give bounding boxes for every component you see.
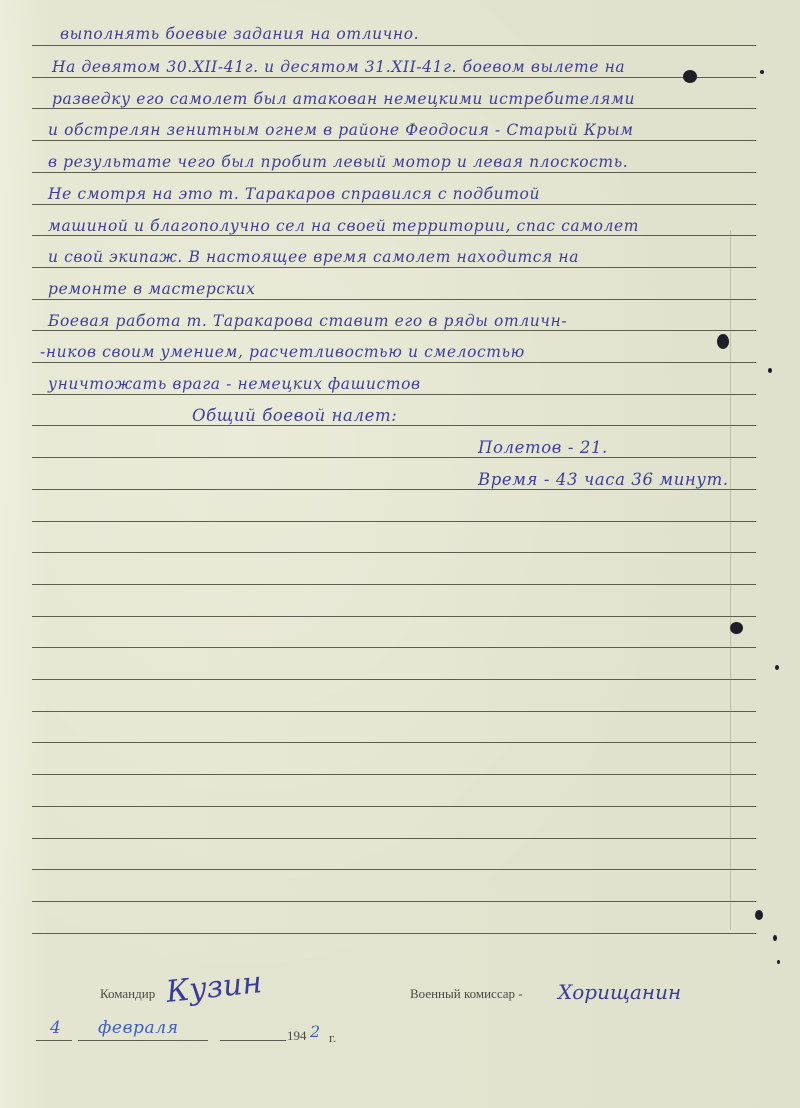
ruled-line: [32, 869, 756, 870]
date-year-line: [220, 1040, 286, 1041]
commissar-signature: Хорищанин: [558, 980, 681, 1004]
body-line: ремонте в мастерских: [48, 282, 255, 298]
body-line: разведку его самолет был атакован немецк…: [52, 92, 635, 108]
ruled-line: [32, 774, 756, 775]
date-year-digit: 2: [310, 1024, 321, 1040]
body-line: Боевая работа т. Таракарова ставит его в…: [48, 314, 567, 330]
ruled-line: [32, 172, 756, 173]
ruled-line: [32, 711, 756, 712]
ruled-line: [32, 267, 756, 268]
ruled-line: [32, 521, 756, 522]
ruled-line: [32, 552, 756, 553]
ruled-line: [32, 362, 756, 363]
body-line: и обстрелян зенитным огнем в районе Феод…: [48, 123, 634, 139]
ink-blot: [777, 960, 780, 964]
summary-time: Время - 43 часа 36 минут.: [478, 472, 729, 489]
body-line: -ников своим умением, расчетливостью и с…: [40, 345, 525, 361]
ruled-line: [32, 838, 756, 839]
ink-blot: [760, 70, 764, 74]
date-day-line: [36, 1040, 72, 1041]
summary-flights: Полетов - 21.: [478, 440, 608, 457]
ink-blot: [755, 910, 763, 920]
date-suffix: г.: [329, 1030, 336, 1046]
ink-blot: [683, 70, 697, 83]
commander-label: Командир: [100, 986, 155, 1002]
ruled-line: [32, 140, 756, 141]
commissar-label: Военный комиссар -: [410, 986, 523, 1002]
ruled-line: [32, 425, 756, 426]
margin-fold: [730, 230, 731, 930]
ink-blot: [768, 368, 772, 373]
ruled-line: [32, 77, 756, 78]
summary-heading: Общий боевой налет:: [192, 408, 397, 425]
ruled-line: [32, 647, 756, 648]
ruled-line: [32, 679, 756, 680]
ruled-line: [32, 901, 756, 902]
body-line: машиной и благополучно сел на своей терр…: [48, 219, 639, 235]
body-line: выполнять боевые задания на отлично.: [60, 27, 419, 43]
date-day: 4: [50, 1020, 61, 1037]
ruled-line: [32, 806, 756, 807]
body-line: Не смотря на это т. Таракаров справился …: [48, 187, 540, 203]
ruled-line: [32, 394, 756, 395]
ink-blot: [730, 622, 743, 634]
ruled-line: [32, 742, 756, 743]
ruled-line: [32, 108, 756, 109]
body-line: уничтожать врага - немецких фашистов: [48, 377, 421, 393]
ink-blot: [775, 665, 779, 670]
ruled-line: [32, 457, 756, 458]
ruled-line: [32, 45, 756, 46]
ruled-line: [32, 616, 756, 617]
ink-blot: [773, 935, 777, 941]
date-year-prefix: 194: [287, 1028, 307, 1044]
body-line: и свой экипаж. В настоящее время самолет…: [48, 250, 579, 266]
body-line: На девятом 30.XII-41г. и десятом 31.XII-…: [52, 60, 625, 76]
ruled-line: [32, 204, 756, 205]
ink-blot: [717, 334, 729, 349]
ruled-line: [32, 299, 756, 300]
ruled-line: [32, 933, 756, 934]
body-line: в результате чего был пробит левый мотор…: [48, 155, 628, 171]
ruled-line: [32, 584, 756, 585]
date-month-line: [78, 1040, 208, 1041]
ruled-line: [32, 330, 756, 331]
ruled-line: [32, 235, 756, 236]
date-month: февраля: [98, 1020, 179, 1037]
